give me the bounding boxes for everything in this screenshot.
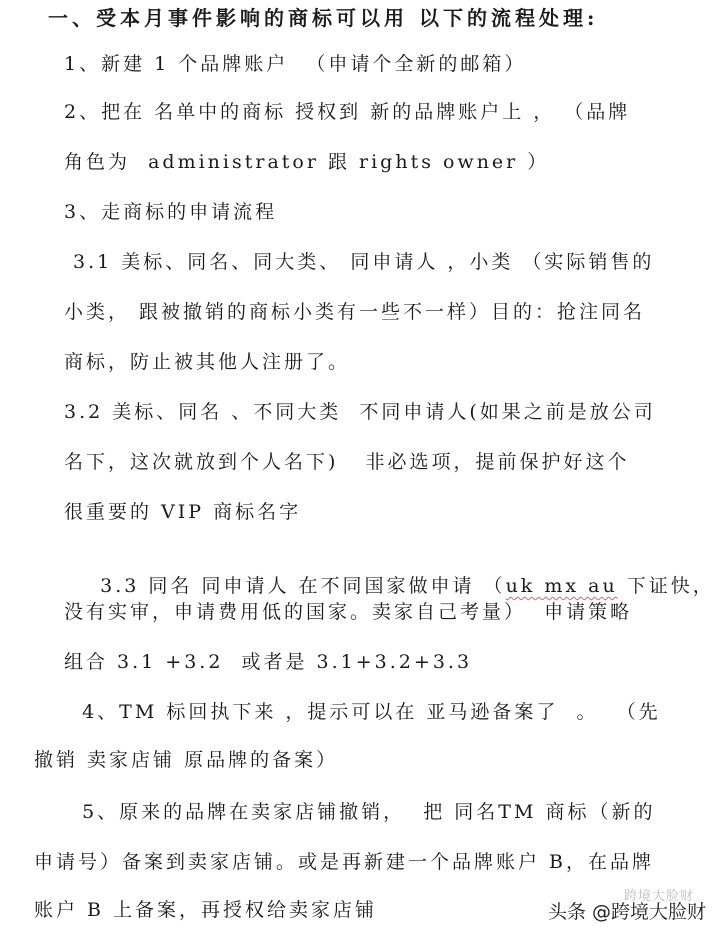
step-5-cont2: 账户 B 上备案，再授权给卖家店铺 bbox=[34, 898, 377, 922]
step-4: 4、TM 标回执下来 ，提示可以在 亚马逊备案了 。 （先 bbox=[64, 700, 661, 724]
step-3-3-prefix: 3.3 同名 同申请人 在不同国家做申请 （ bbox=[100, 575, 505, 597]
step-5-cont: 申请号）备案到卖家店铺。或是再新建一个品牌账户 B，在品牌 bbox=[34, 850, 654, 874]
step-3-3-cont: 没有实审，申请费用低的国家。卖家自己考量） 申请策略 bbox=[64, 600, 632, 624]
step-3-2: 3.2 美标、同名 、不同大类 不同申请人(如果之前是放公司 bbox=[64, 400, 656, 424]
section-heading: 一、受本月事件影响的商标可以用 以下的流程处理: bbox=[48, 6, 598, 30]
step-1: 1、新建 1 个品牌账户 （申请个全新的邮箱） bbox=[64, 52, 526, 76]
step-4-cont: 撤销 卖家店铺 原品牌的备案） bbox=[34, 748, 338, 772]
step-3-3-cont2: 组合 3.1 +3.2 或者是 3.1+3.2+3.3 bbox=[64, 650, 472, 674]
step-2-cont: 角色为 administrator 跟 rights owner ） bbox=[64, 150, 549, 174]
step-3-3-suffix: 下证快， bbox=[618, 575, 715, 597]
step-3-1: 3.1 美标、同名、同大类、 同申请人 ，小类 （实际销售的 bbox=[64, 250, 654, 274]
spellcheck-flagged-text: uk mx au bbox=[506, 575, 618, 597]
step-3-1-cont2: 商标，防止被其他人注册了。 bbox=[64, 350, 350, 374]
step-3-2-cont: 名下，这次就放到个人名下) 非必选项，提前保护好这个 bbox=[64, 450, 630, 474]
step-2: 2、把在 名单中的商标 授权到 新的品牌账户上 ， （品牌 bbox=[64, 100, 630, 124]
step-5: 5、原来的品牌在卖家店铺撤销， 把 同名TM 商标（新的 bbox=[64, 800, 655, 824]
step-3: 3、走商标的申请流程 bbox=[64, 200, 277, 224]
step-3-2-cont2: 很重要的 VIP 商标名字 bbox=[64, 500, 301, 524]
watermark: 头条 @跨境大脸财 bbox=[548, 897, 706, 924]
step-3-1-cont: 小类， 跟被撤销的商标小类有一些不一样）目的：抢注同名 bbox=[64, 300, 645, 324]
